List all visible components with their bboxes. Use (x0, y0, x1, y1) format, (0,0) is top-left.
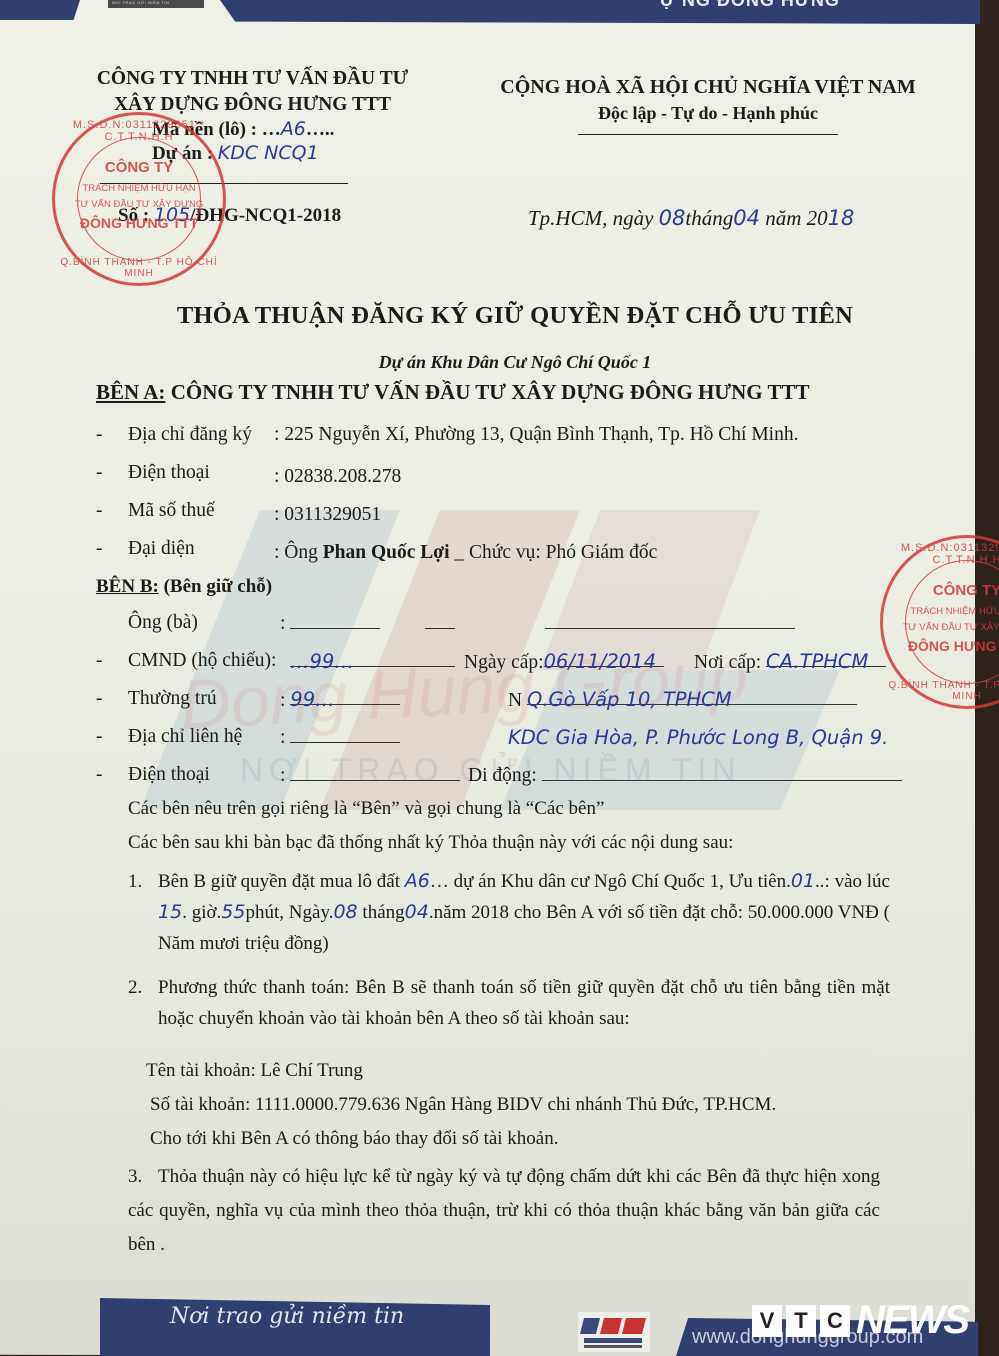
account-note: Cho tới khi Bên A có thông báo thay đổi … (150, 1122, 559, 1156)
date-month: 04 (733, 206, 760, 230)
party-b-id-value: …99… (290, 650, 455, 667)
date-year: 18 (828, 206, 855, 230)
party-b-heading: BÊN B: (Bên giữ chỗ) (96, 576, 272, 598)
party-b-issue-date: 06/11/2014 (544, 650, 664, 667)
nation-motto: Độc lập - Tự do - Hạnh phúc (480, 103, 936, 124)
party-b-residence-detail: Q.Gò Vấp 10, TPHCM (527, 688, 857, 705)
clause-1: 1. Bên B giữ quyền đặt mua lô đất A6… dự… (128, 866, 890, 959)
date-day: 08 (659, 206, 686, 230)
party-b-contact-value: KDC Gia Hòa, P. Phước Long B, Quận 9. (508, 726, 888, 749)
document-date: Tp.HCM, ngày 08tháng04 năm 2018 (528, 206, 854, 231)
clause-3: 3. Thỏa thuận này có hiệu lực kể từ ngày… (128, 1160, 880, 1262)
lot-code-value: A6 (281, 118, 306, 140)
document-title: THỎA THUẬN ĐĂNG KÝ GIỮ QUYỀN ĐẶT CHỖ ƯU … (0, 302, 999, 330)
national-header: CỘNG HOÀ XÃ HỘI CHỦ NGHĨA VIỆT NAM Độc l… (480, 76, 936, 135)
motto-rule (578, 134, 838, 135)
nation-title: CỘNG HOÀ XÃ HỘI CHỦ NGHĨA VIỆT NAM (480, 76, 936, 99)
footer-slogan: Nơi trao gửi niềm tin (170, 1304, 404, 1329)
vtc-news-watermark: V T C NEWS (752, 1298, 968, 1343)
account-number: Số tài khoản: 1111.0000.779.636 Ngân Hàn… (150, 1088, 776, 1122)
top-banner-right (220, 0, 980, 24)
party-b-residence-value: 99… (290, 688, 400, 705)
party-a-heading: BÊN A: CÔNG TY TNHH TƯ VẤN ĐẦU TƯ XÂY DỰ… (96, 380, 810, 405)
top-banner-left (0, 0, 80, 20)
company-name-line1: CÔNG TY TNHH TƯ VẤN ĐẦU TƯ (80, 66, 425, 92)
intro-paragraph-1: Các bên nêu trên gọi riêng là “Bên” và g… (128, 792, 604, 826)
top-banner-text: Ự NG ĐÔNG HƯNG (660, 0, 840, 11)
clause-2: 2. Phương thức thanh toán: Bên B sẽ than… (128, 972, 890, 1034)
company-header: CÔNG TY TNHH TƯ VẤN ĐẦU TƯ XÂY DỰNG ĐÔNG… (80, 66, 425, 118)
top-logo-slogan: NƠI TRAO GỬI NIỀM TIN (112, 0, 169, 5)
dhg-logo-icon (578, 1312, 650, 1352)
intro-paragraph-2: Các bên sau khi bàn bạc đã thống nhất ký… (128, 826, 733, 860)
account-name: Tên tài khoản: Lê Chí Trung (146, 1054, 363, 1088)
company-stamp-top: M.S.D.N:0311329051 * C.T.T.N.H.H CÔNG TY… (52, 112, 226, 286)
company-stamp-right: M.S.D.N:0311329051 * C.T.T.N.H.H CÔNG TY… (880, 535, 999, 709)
document-subtitle: Dự án Khu Dân Cư Ngô Chí Quốc 1 (0, 352, 999, 373)
party-b-issue-place: CA.TPHCM (766, 650, 886, 667)
project-code-value: KDC NCQ1 (218, 142, 319, 164)
